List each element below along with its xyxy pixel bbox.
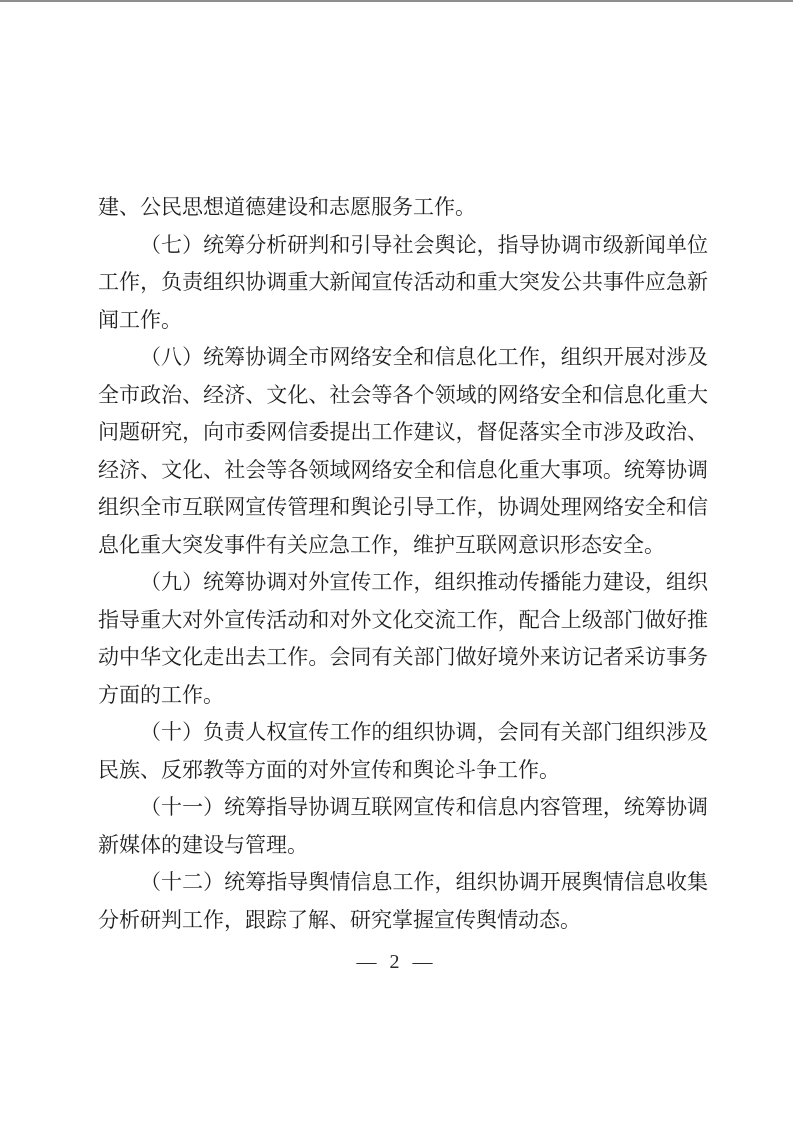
- page-top-edge: [0, 0, 793, 2]
- paragraph: （十）负责人权宣传工作的组织协调，会同有关部门组织涉及民族、反邪教等方面的对外宣…: [98, 714, 708, 789]
- paragraph: （十一）统筹指导协调互联网宣传和信息内容管理，统筹协调新媒体的建设与管理。: [98, 789, 708, 864]
- paragraph: 建、公民思想道德建设和志愿服务工作。: [98, 189, 708, 227]
- document-page: 建、公民思想道德建设和志愿服务工作。 （七）统筹分析研判和引导社会舆论，指导协调…: [0, 0, 793, 1122]
- page-number-footer: — 2 —: [0, 948, 793, 976]
- paragraph: （七）统筹分析研判和引导社会舆论，指导协调市级新闻单位工作，负责组织协调重大新闻…: [98, 227, 708, 340]
- paragraph: （九）统筹协调对外宣传工作，组织推动传播能力建设，组织指导重大对外宣传活动和对外…: [98, 564, 708, 714]
- paragraph: （十二）统筹指导舆情信息工作，组织协调开展舆情信息收集分析研判工作，跟踪了解、研…: [98, 864, 708, 939]
- document-body: 建、公民思想道德建设和志愿服务工作。 （七）统筹分析研判和引导社会舆论，指导协调…: [98, 189, 708, 939]
- paragraph: （八）统筹协调全市网络安全和信息化工作，组织开展对涉及全市政治、经济、文化、社会…: [98, 339, 708, 564]
